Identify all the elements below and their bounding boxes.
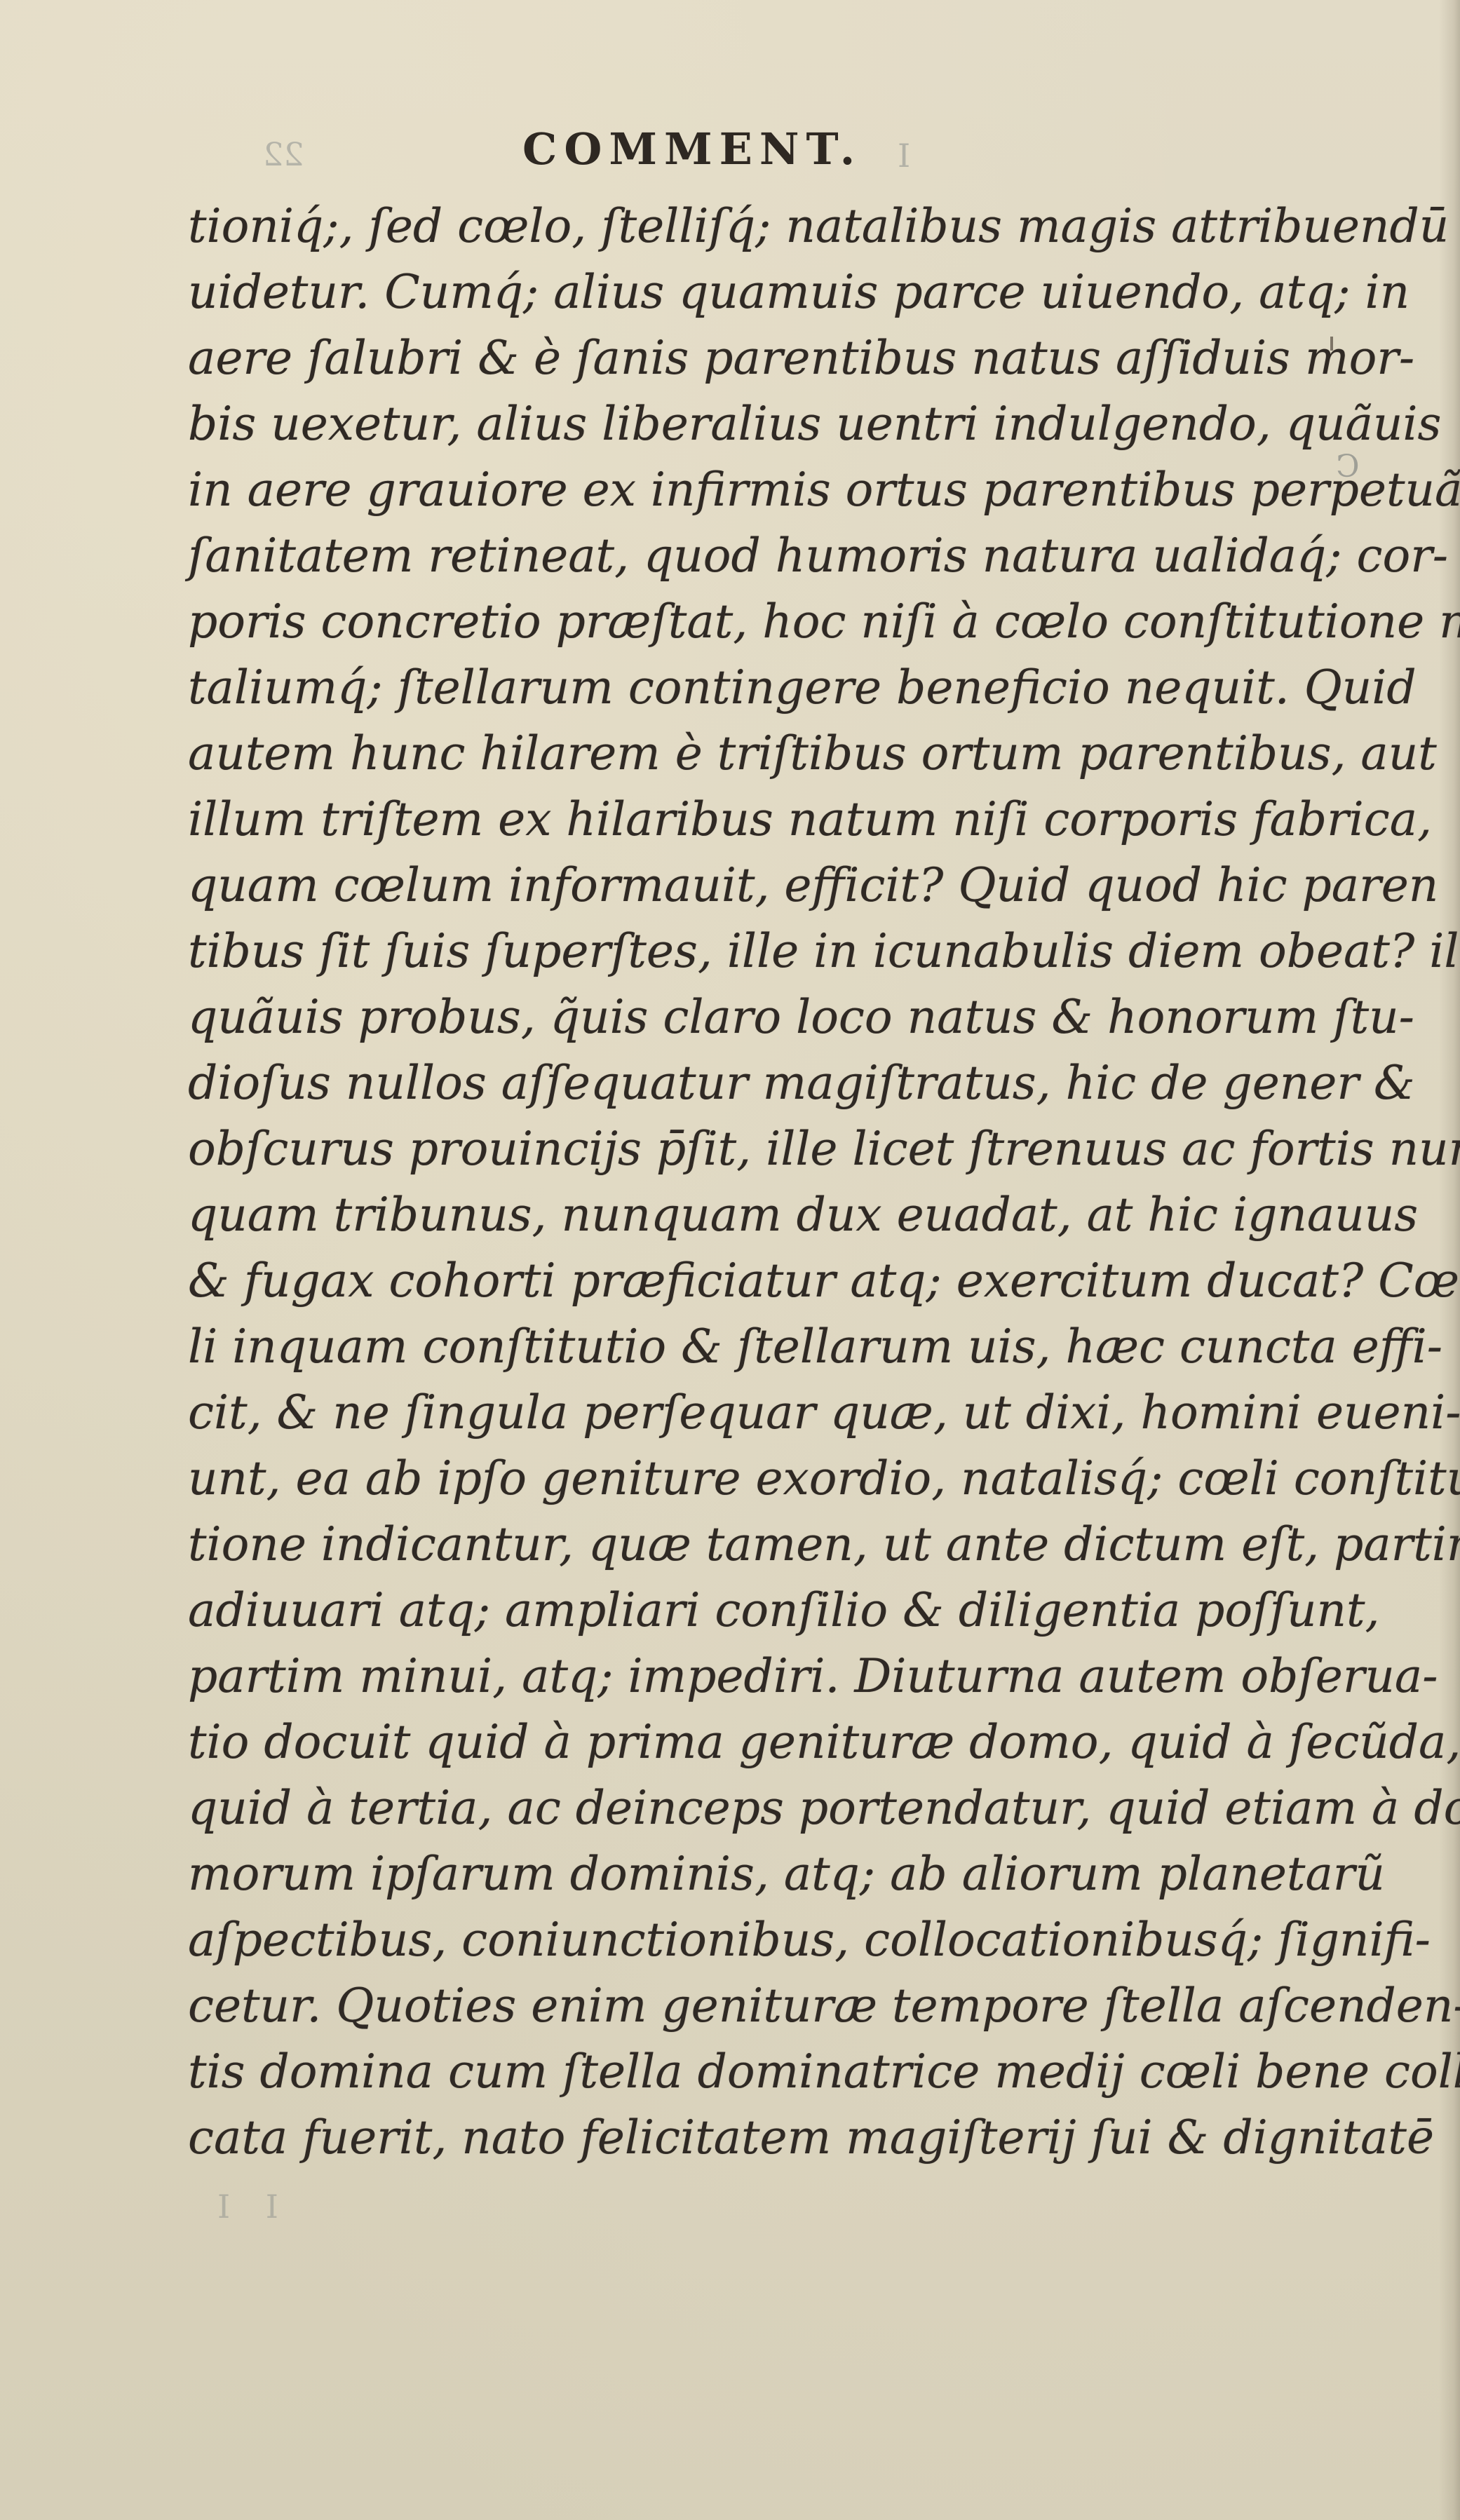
text-line: taliumq́; ſtellarum contingere beneficio… — [188, 655, 1324, 721]
body-text: tioniq́;, ſed cœlo, ſtelliſq́; natalibus… — [188, 194, 1324, 2171]
text-line: partim minui, atq; impediri. Diuturna au… — [188, 1644, 1324, 1709]
text-line: dioſus nullos aſſequatur magiſtratus, hi… — [188, 1050, 1324, 1116]
text-line: tio docuit quid à prima genituræ domo, q… — [188, 1709, 1324, 1775]
running-head: 22 COMMENT. I — [0, 119, 1460, 175]
running-head-title: COMMENT. — [522, 125, 862, 174]
folio-showthrough: 22 — [263, 133, 304, 175]
text-line: in aere grauiore ex infirmis ortus paren… — [188, 457, 1324, 523]
text-line: autem hunc hilarem è triſtibus ortum par… — [188, 721, 1324, 787]
margin-tick-mark — [1330, 337, 1333, 351]
text-line: tis domina cum ſtella dominatrice medij … — [188, 2039, 1324, 2105]
text-line: unt, ea ab ipſo geniture exordio, natali… — [188, 1446, 1324, 1512]
text-line: ſanitatem retineat, quod humoris natura … — [188, 523, 1324, 589]
text-line: poris concretio præſtat, hoc niſi à cœlo… — [188, 589, 1324, 655]
footer-showthrough: I I — [217, 2188, 291, 2226]
text-line: morum ipſarum dominis, atq; ab aliorum p… — [188, 1841, 1324, 1907]
text-line: quid à tertia, ac deinceps portendatur, … — [188, 1775, 1324, 1841]
text-line: adiuuari atq; ampliari conſilio & dilige… — [188, 1578, 1324, 1644]
text-line: aere ſalubri & è ſanis parentibus natus … — [188, 325, 1324, 391]
text-line: cit, & ne ſingula perſequar quæ, ut dixi… — [188, 1380, 1324, 1446]
text-line: cetur. Quoties enim genituræ tempore ſte… — [188, 1973, 1324, 2039]
text-line: & fugax cohorti præficiatur atq; exercit… — [188, 1248, 1324, 1314]
text-line: bis uexetur, alius liberalius uentri ind… — [188, 391, 1324, 457]
text-line: obſcurus prouincijs p̄ſit, ille licet ſt… — [188, 1116, 1324, 1182]
text-line: quãuis probus, q̃uis claro loco natus & … — [188, 984, 1324, 1050]
text-line: tioniq́;, ſed cœlo, ſtelliſq́; natalibus… — [188, 194, 1324, 259]
text-line: tione indicantur, quæ tamen, ut ante dic… — [188, 1512, 1324, 1578]
text-line: tibus ſit ſuis ſuperſtes, ille in icunab… — [188, 919, 1324, 984]
margin-showthrough-glyph: C — [1336, 449, 1360, 485]
text-line: uidetur. Cumq́; alius quamuis parce uiue… — [188, 259, 1324, 325]
header-showthrough-mark: I — [898, 135, 910, 177]
text-line: quam cœlum informauit, efficit? Quid quo… — [188, 853, 1324, 919]
text-line: quam tribunus, nunquam dux euadat, at hi… — [188, 1182, 1324, 1248]
text-line: li inquam conſtitutio & ſtellarum uis, h… — [188, 1314, 1324, 1380]
text-line: cata fuerit, nato felicitatem magiſterij… — [188, 2105, 1324, 2171]
book-page: 22 COMMENT. I tioniq́;, ſed cœlo, ſtelli… — [0, 0, 1460, 2520]
text-line: illum triſtem ex hilaribus natum niſi co… — [188, 787, 1324, 853]
text-line: aſpectibus, coniunctionibus, collocation… — [188, 1907, 1324, 1973]
